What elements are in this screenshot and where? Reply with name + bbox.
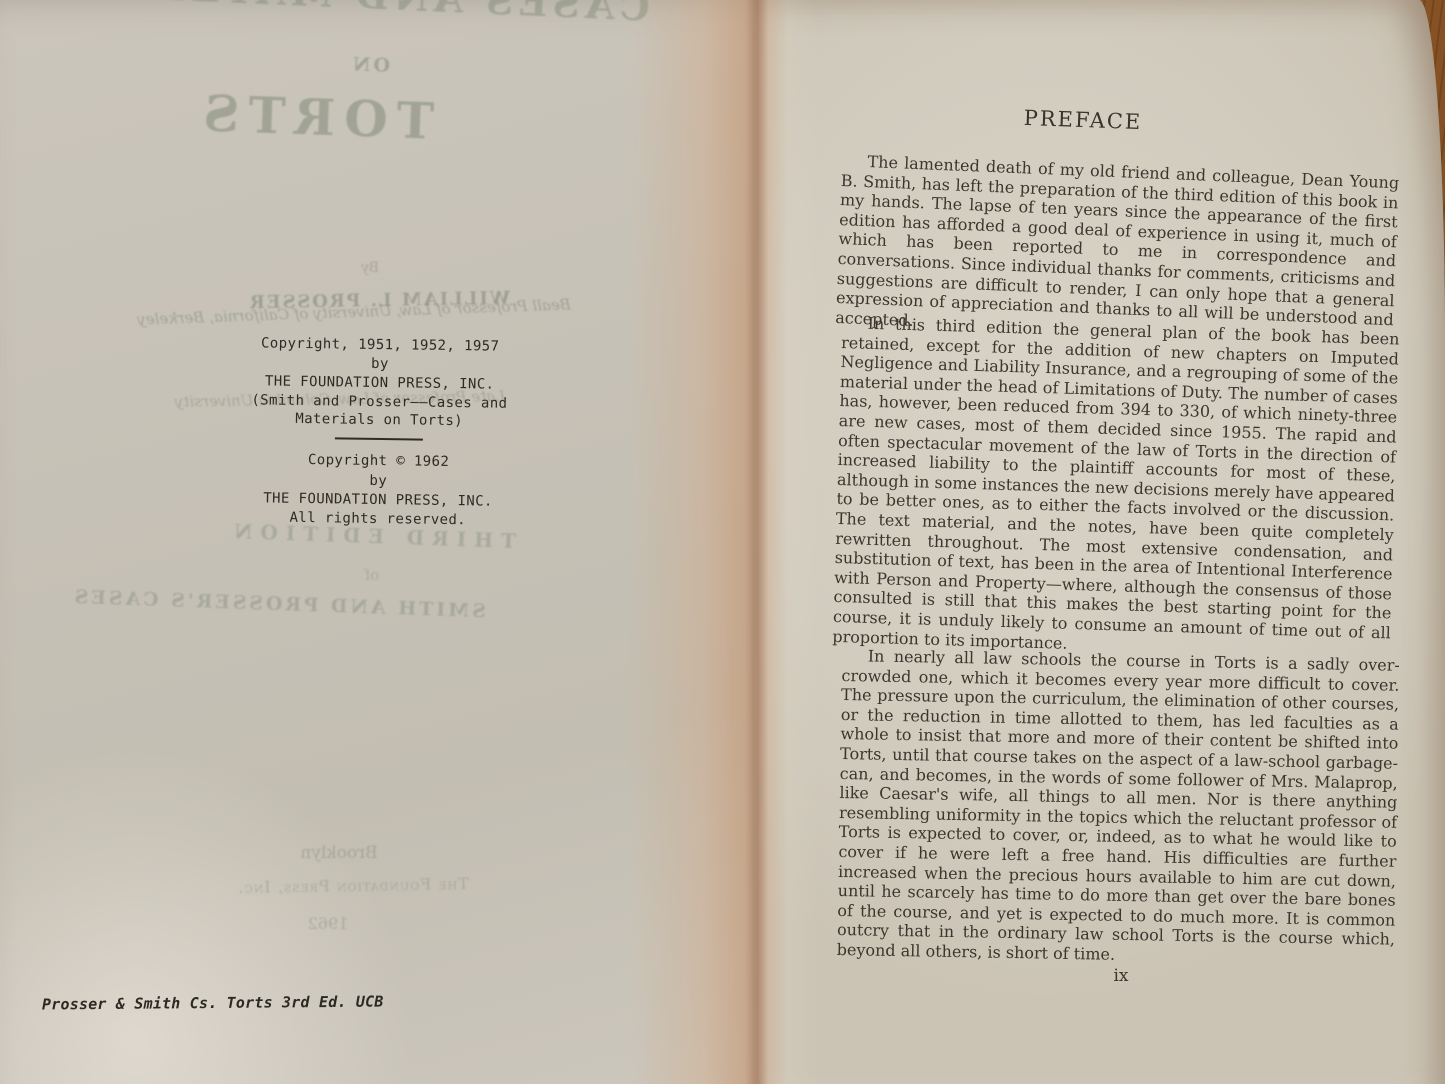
ghost-edition-line-3: SMITH AND PROSSER'S CASES bbox=[126, 588, 487, 623]
ghost-title-line-1: CASES AND MATERIALS bbox=[157, 0, 650, 30]
preface-paragraph-3: In nearly all law schools the course in … bbox=[837, 646, 1400, 969]
preface-paragraph-2: In this third edition the general plan o… bbox=[832, 313, 1400, 663]
ghost-title-line-2: ON bbox=[340, 53, 401, 77]
copyright-1962-line: Copyright © 1962 bbox=[217, 450, 539, 472]
open-book-photo: CASES AND MATERIALS ON TORTS By WILLIAM … bbox=[0, 0, 1445, 1084]
owner-stamp-label: Prosser & Smith Cs. Torts 3rd Ed. UCB bbox=[42, 993, 384, 1014]
copyright-series-line: (Smith and Prosser——Cases and Materials … bbox=[218, 391, 540, 431]
ghost-edition-line-2: of bbox=[350, 566, 394, 584]
ghost-imprint-city: Brooklyn bbox=[296, 843, 382, 863]
right-page: PREFACE The lamented death of my old fri… bbox=[755, 0, 1445, 1084]
ghost-imprint-publisher: The Foundation Press, Inc. bbox=[228, 874, 478, 897]
copyright-rights-line: All rights reserved. bbox=[217, 508, 539, 530]
copyright-block: Copyright, 1951, 1952, 1957 by THE FOUND… bbox=[217, 334, 542, 531]
book-gutter-shadow bbox=[628, 0, 818, 1084]
ghost-title-line-3: TORTS bbox=[221, 84, 435, 150]
preface-heading: PREFACE bbox=[1003, 105, 1164, 135]
page-number: ix bbox=[842, 966, 1400, 986]
copyright-divider-rule bbox=[335, 437, 423, 440]
ghost-author-by: By bbox=[353, 260, 387, 276]
ghost-imprint-year: 1962 bbox=[300, 914, 356, 933]
